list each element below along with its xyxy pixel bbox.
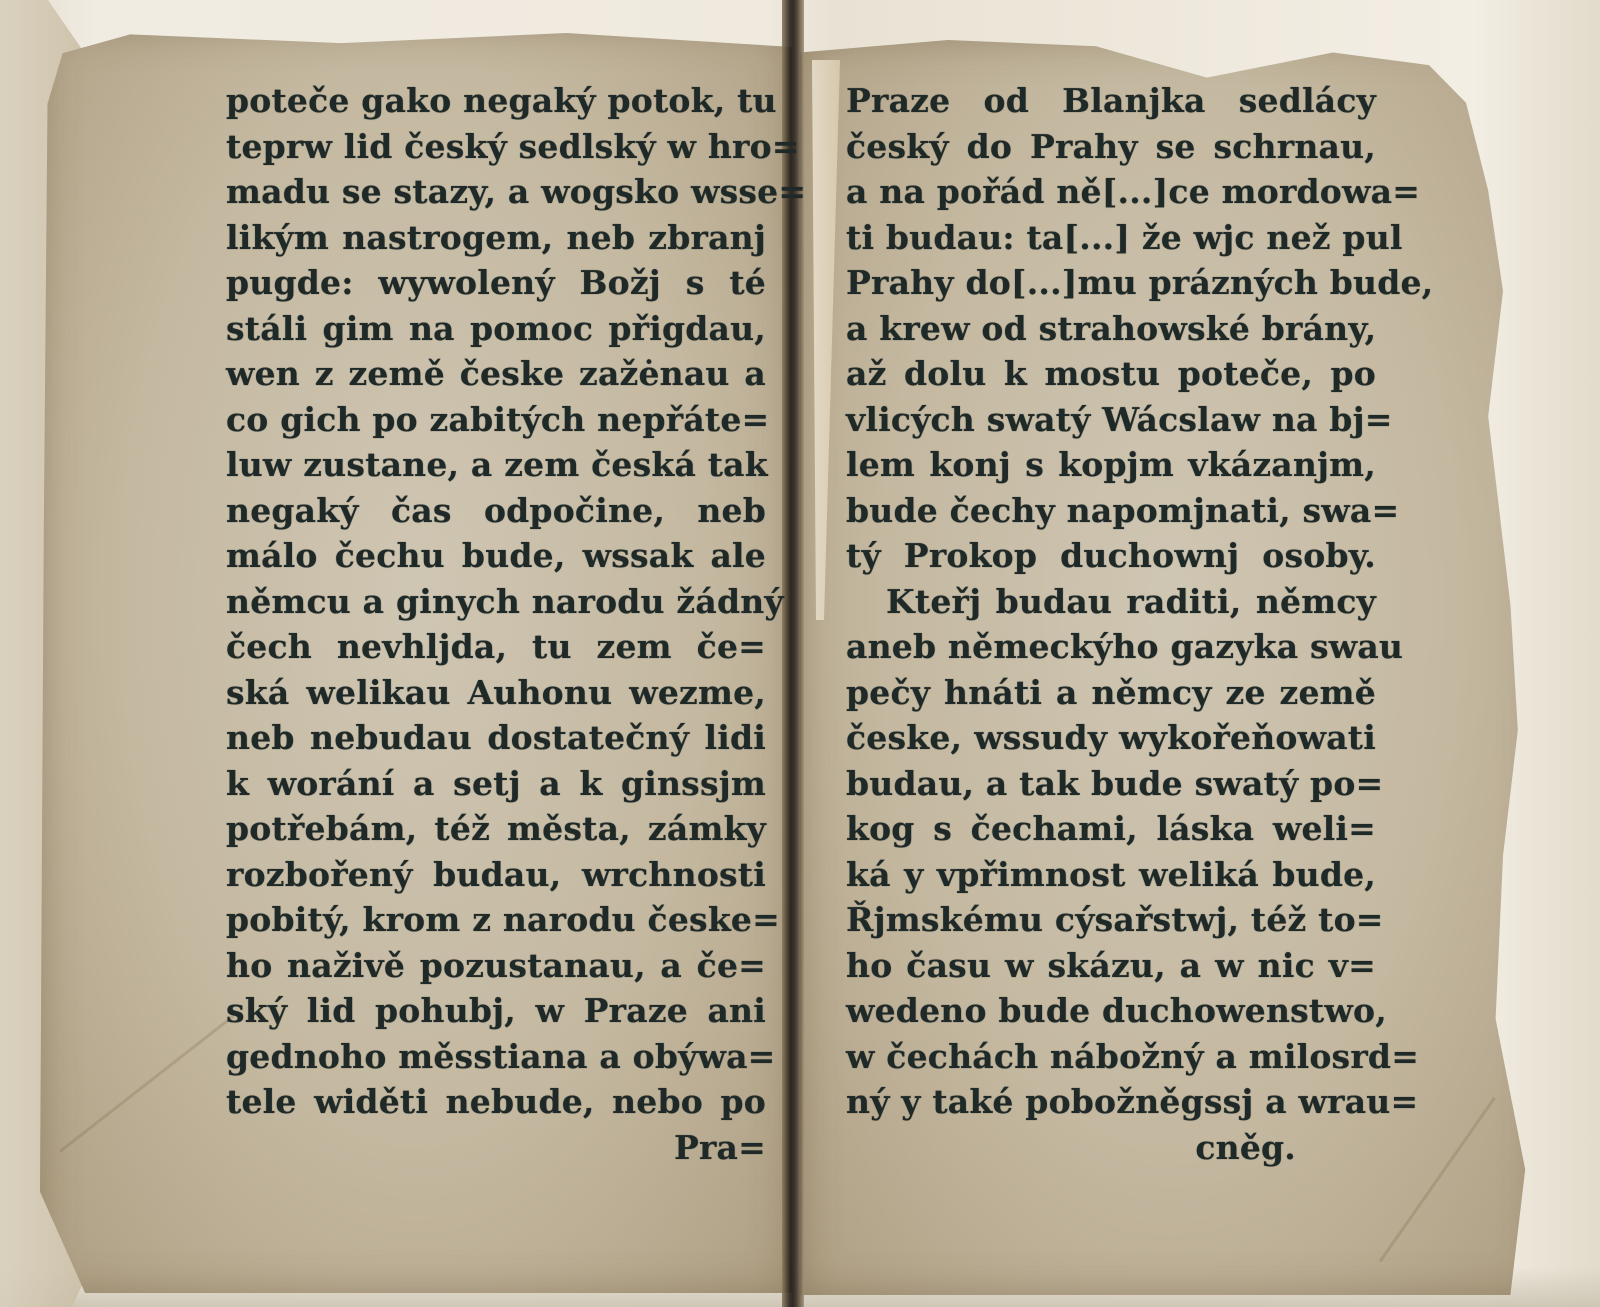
text-line: potřebám, též města, zámky [226,806,766,852]
text-line: Praze od Blanjka sedlácy [846,78,1376,124]
text-line: kog s čechami, láska weli= [846,806,1376,852]
text-line: poteče gako negaký potok, tu [226,78,766,124]
catchword: cněg. [846,1125,1376,1171]
text-line: němcu a ginych narodu žádný [226,579,766,625]
text-line: tele widěti nebude, nebo po [226,1079,766,1125]
catchword: Pra= [226,1125,766,1171]
text-line: luw zustane, a zem česká tak [226,442,766,488]
text-line: a krew od strahowské brány, [846,306,1376,352]
text-line: málo čechu bude, wssak ale [226,533,766,579]
text-line: český do Prahy se schrnau, [846,124,1376,170]
text-line: ská welikau Auhonu wezme, [226,670,766,716]
text-line: Kteřj budau raditi, němcy [846,579,1376,625]
text-line: bude čechy napomjnati, swa= [846,488,1376,534]
text-line: stáli gim na pomoc přigdau, [226,306,766,352]
text-line: Prahy do[...]mu prázných bude, [846,260,1376,306]
text-line: aneb německýho gazyka swau [846,624,1376,670]
right-page-text: Praze od Blanjka sedlácy český do Prahy … [846,78,1376,1170]
text-line: wedeno bude duchowenstwo, [846,988,1376,1034]
text-line: rozbořený budau, wrchnosti [226,852,766,898]
text-line: co gich po zabitých nepřáte= [226,397,766,443]
text-line: neb nebudau dostatečný lidi [226,715,766,761]
text-line: tý Prokop duchownj osoby. [846,533,1376,579]
text-line: ho času w skázu, a w nic v= [846,943,1376,989]
text-line: lem konj s kopjm vkázanjm, [846,442,1376,488]
text-line: česke, wssudy wykořeňowati [846,715,1376,761]
text-line: čech nevhljda, tu zem če= [226,624,766,670]
text-line: ti budau: ta[...] že wjc než pul [846,215,1376,261]
text-line: Řjmskému cýsařstwj, též to= [846,897,1376,943]
left-page-text: poteče gako negaký potok, tu teprw lid č… [226,78,766,1170]
text-line: ný y také pobožněgssj a wrau= [846,1079,1376,1125]
text-line: ká y vpřimnost weliká bude, [846,852,1376,898]
text-line: likým nastrogem, neb zbranj [226,215,766,261]
text-line: gednoho měsstiana a obýwa= [226,1034,766,1080]
text-line: pobitý, krom z narodu česke= [226,897,766,943]
text-line: a na pořád ně[...]ce mordowa= [846,169,1376,215]
text-line: až dolu k mostu poteče, po [846,351,1376,397]
text-line: w čechách nábožný a milosrd= [846,1034,1376,1080]
text-line: k worání a setj a k ginssjm [226,761,766,807]
text-line: wen z země česke zažėnau a [226,351,766,397]
text-line: ho naživě pozustanau, a če= [226,943,766,989]
text-line: budau, a tak bude swatý po= [846,761,1376,807]
text-line: pugde: wywolený Božj s té [226,260,766,306]
text-line: vlicých swatý Wácslaw na bj= [846,397,1376,443]
text-line: negaký čas odpočine, neb [226,488,766,534]
text-line: teprw lid český sedlský w hro= [226,124,766,170]
text-line: pečy hnáti a němcy ze země [846,670,1376,716]
text-line: madu se stazy, a wogsko wsse= [226,169,766,215]
text-line: ský lid pohubj, w Praze ani [226,988,766,1034]
